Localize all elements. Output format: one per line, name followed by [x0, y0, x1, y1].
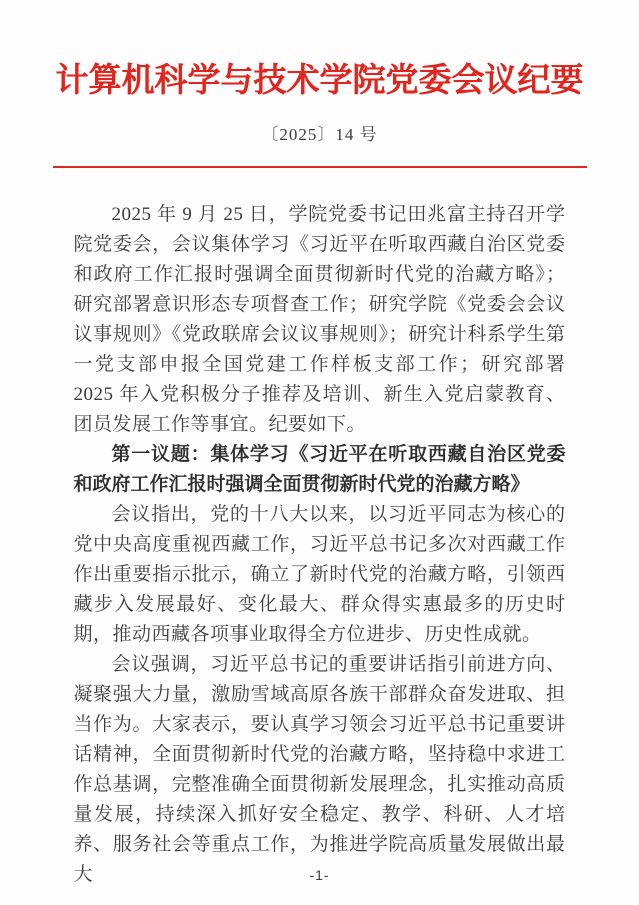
topic1-paragraph-2: 会议强调，习近平总书记的重要讲话指引前进方向、凝聚强大力量，激励雪域高原各族干部… — [74, 650, 566, 890]
letterhead-divider — [53, 166, 587, 168]
page-number: -1- — [0, 867, 639, 883]
document-number: 〔2025〕14 号 — [0, 120, 639, 145]
intro-paragraph: 2025 年 9 月 25 日，学院党委书记田兆富主持召开学院党委会，会议集体学… — [74, 200, 566, 440]
document-body: 2025 年 9 月 25 日，学院党委书记田兆富主持召开学院党委会，会议集体学… — [74, 200, 566, 890]
letterhead: 计算机科学与技术学院党委会议纪要 〔2025〕14 号 — [0, 0, 639, 168]
document-title: 计算机科学与技术学院党委会议纪要 — [0, 62, 639, 102]
document-page: 计算机科学与技术学院党委会议纪要 〔2025〕14 号 2025 年 9 月 2… — [0, 0, 639, 905]
topic1-paragraph-1: 会议指出，党的十八大以来，以习近平同志为核心的党中央高度重视西藏工作，习近平总书… — [74, 500, 566, 650]
topic1-heading: 第一议题：集体学习《习近平在听取西藏自治区党委和政府工作汇报时强调全面贯彻新时代… — [74, 440, 566, 500]
